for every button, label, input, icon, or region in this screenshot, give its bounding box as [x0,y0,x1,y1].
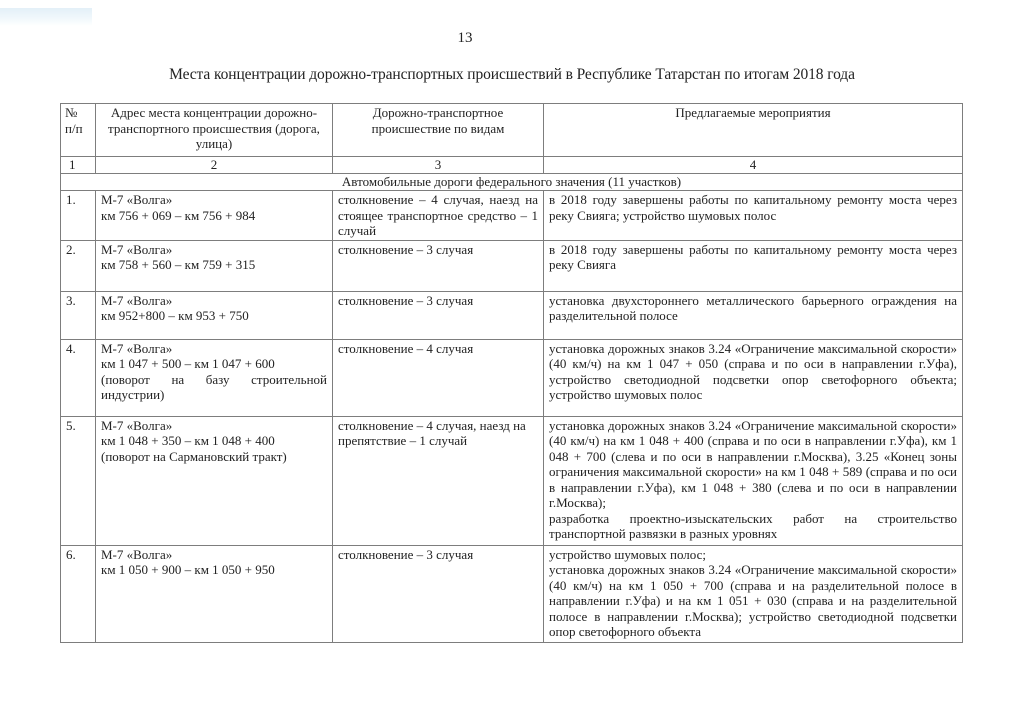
table-row: 4. М-7 «Волга» км 1 047 + 500 – км 1 047… [61,339,963,416]
table-row: 5. М-7 «Волга» км 1 048 + 350 – км 1 048… [61,416,963,545]
row-number: 5. [61,416,96,545]
document-title: Места концентрации дорожно-транспортных … [0,66,1024,84]
table-row: 1. М-7 «Волга» км 756 + 069 – км 756 + 9… [61,191,963,241]
column-number-row: 1 2 3 4 [61,157,963,174]
row-address: М-7 «Волга» км 758 + 560 – км 759 + 315 [96,240,333,291]
row-incidents: столкновение – 4 случая, наезд на препят… [333,416,544,545]
row-number: 2. [61,240,96,291]
road-segment: км 1 048 + 350 – км 1 048 + 400 [101,433,327,449]
row-number: 3. [61,291,96,339]
row-incidents: столкновение – 3 случая [333,240,544,291]
row-incidents: столкновение – 3 случая [333,545,544,642]
header-proposed-measures: Предлагаемые мероприятия [544,104,963,157]
row-measures: установка двухстороннего металлического … [544,291,963,339]
section-row: Автомобильные дороги федерального значен… [61,174,963,191]
road-segment: км 1 050 + 900 – км 1 050 + 950 [101,562,327,578]
row-incidents: столкновение – 3 случая [333,291,544,339]
column-number: 4 [544,157,963,174]
road-segment: км 952+800 – км 953 + 750 [101,308,327,324]
measures-first: устройство шумовых полос; [549,547,957,563]
road-name: М-7 «Волга» [101,293,327,309]
header-number: № п/п [61,104,96,157]
road-segment: км 756 + 069 – км 756 + 984 [101,208,327,224]
accident-locations-table: № п/п Адрес места концентрации дорожно-т… [60,103,963,643]
road-segment: км 1 047 + 500 – км 1 047 + 600 [101,356,327,372]
row-number: 4. [61,339,96,416]
road-name: М-7 «Волга» [101,547,327,563]
table-header-row: № п/п Адрес места концентрации дорожно-т… [61,104,963,157]
row-measures: в 2018 году завершены работы по капиталь… [544,191,963,241]
scan-artifact [0,8,92,26]
header-incident-types: Дорожно-транспортное происшествие по вид… [333,104,544,157]
road-name: М-7 «Волга» [101,242,327,258]
measures-text: установка дорожных знаков 3.24 «Ограниче… [549,562,957,640]
row-measures: установка дорожных знаков 3.24 «Ограниче… [544,339,963,416]
section-title: Автомобильные дороги федерального значен… [61,174,963,191]
road-name: М-7 «Волга» [101,192,327,208]
row-address: М-7 «Волга» км 1 047 + 500 – км 1 047 + … [96,339,333,416]
measures-text: установка дорожных знаков 3.24 «Ограниче… [549,418,957,511]
row-measures: устройство шумовых полос; установка доро… [544,545,963,642]
row-address: М-7 «Волга» км 952+800 – км 953 + 750 [96,291,333,339]
page-number: 13 [0,30,930,47]
header-address: Адрес места концентрации дорожно-транспо… [96,104,333,157]
row-incidents: столкновение – 4 случая, наезд на стояще… [333,191,544,241]
column-number: 3 [333,157,544,174]
row-measures: установка дорожных знаков 3.24 «Ограниче… [544,416,963,545]
measures-extra: разработка проектно-изыскательских работ… [549,511,957,542]
road-name: М-7 «Волга» [101,418,327,434]
row-measures: в 2018 году завершены работы по капиталь… [544,240,963,291]
row-address: М-7 «Волга» км 1 050 + 900 – км 1 050 + … [96,545,333,642]
table-row: 2. М-7 «Волга» км 758 + 560 – км 759 + 3… [61,240,963,291]
table-row: 3. М-7 «Волга» км 952+800 – км 953 + 750… [61,291,963,339]
road-name: М-7 «Волга» [101,341,327,357]
row-number: 6. [61,545,96,642]
column-number: 2 [96,157,333,174]
table-row: 6. М-7 «Волга» км 1 050 + 900 – км 1 050… [61,545,963,642]
row-number: 1. [61,191,96,241]
row-address: М-7 «Волга» км 756 + 069 – км 756 + 984 [96,191,333,241]
row-address: М-7 «Волга» км 1 048 + 350 – км 1 048 + … [96,416,333,545]
location-note: (поворот на Сармановский тракт) [101,449,327,465]
location-note: (поворот на базу строительной индустрии) [101,372,327,403]
row-incidents: столкновение – 4 случая [333,339,544,416]
road-segment: км 758 + 560 – км 759 + 315 [101,257,327,273]
column-number: 1 [61,157,96,174]
